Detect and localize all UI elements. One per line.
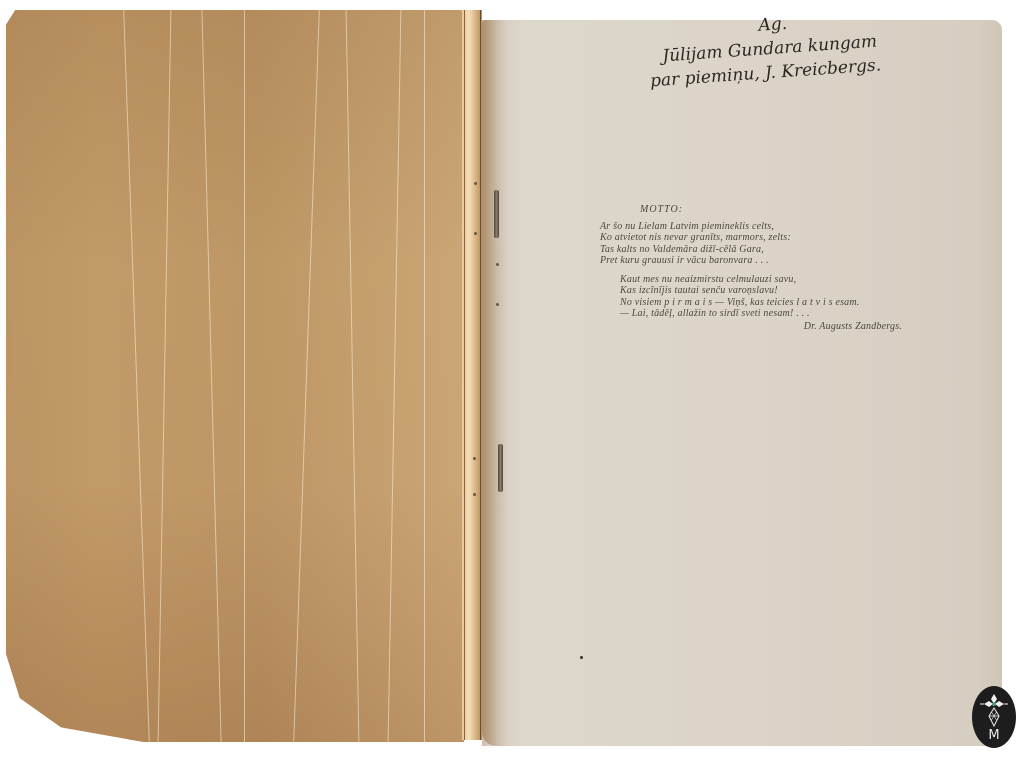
cover-crease (201, 10, 221, 742)
edge-line (464, 10, 465, 740)
binding-hole (473, 457, 476, 460)
cover-crease (346, 10, 360, 742)
cover-spine-edge (462, 10, 482, 740)
motto-stanza-1: Ar šo nu Lielam Latvim piemineklis celts… (600, 221, 940, 267)
verse-line: Kas izcīnījis tautai senču varoņslavu! (620, 285, 940, 297)
cover-crease (388, 10, 402, 742)
motto-signature: Dr. Augusts Zandbergs. (620, 321, 940, 333)
booklet-cover (6, 10, 464, 742)
binding-hole (474, 182, 477, 185)
folk-ornament-monogram-icon: M (972, 686, 1016, 748)
cover-crease (123, 10, 150, 742)
motto-stanza-2: Kaut mes nu neaizmirstu celmulauzi savu,… (600, 274, 940, 333)
printed-motto: MOTTO: Ar šo nu Lielam Latvim pieminekli… (600, 204, 940, 339)
page-gutter-shadow (482, 20, 508, 746)
staple (498, 444, 503, 492)
verse-line: Kaut mes nu neaizmirstu celmulauzi savu, (620, 274, 940, 286)
verse-line: — Lai, tādēļ, allažin to sirdī sveti nes… (620, 308, 940, 320)
motto-title: MOTTO: (600, 204, 940, 216)
cover-crease (293, 10, 320, 742)
cover-crease (244, 10, 245, 742)
cover-crease (424, 10, 425, 742)
verse-line: Ko atvietot nis nevar granīts, marmors, … (600, 232, 940, 244)
paper-speck (580, 656, 583, 659)
title-page (482, 20, 1002, 746)
edge-line (480, 10, 481, 740)
binding-hole (474, 232, 477, 235)
verse-line: Ar šo nu Lielam Latvim piemineklis celts… (600, 221, 940, 233)
watermark-logo: M (972, 686, 1016, 748)
binding-hole (496, 303, 499, 306)
staple (494, 190, 499, 238)
verse-line: Pret kuru grauusi ir vācu baronvara . . … (600, 255, 940, 267)
svg-text:M: M (988, 728, 999, 743)
binding-hole (473, 493, 476, 496)
verse-line: Tas kalts no Valdemāra dižī-cēlā Gara, (600, 244, 940, 256)
binding-hole (496, 263, 499, 266)
cover-crease (158, 10, 172, 742)
verse-line: No visiem p i r m a i s — Viņš, kas teic… (620, 297, 940, 309)
